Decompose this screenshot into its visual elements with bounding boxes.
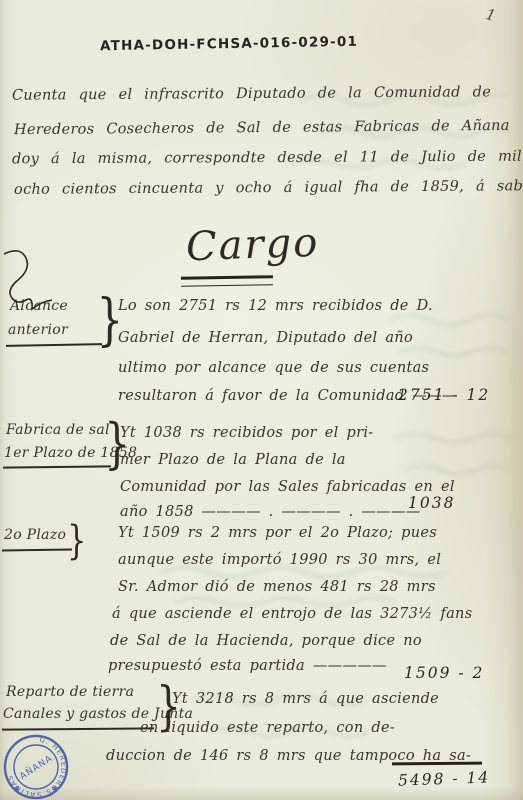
stamp-center-text: AÑANA — [18, 753, 55, 782]
entry-body-line: Lo son 2751 rs 12 mrs recibidos de D. — [118, 298, 433, 314]
entry-body-line: presupuestó esta partida ————— — [108, 658, 387, 674]
entry-label-underline — [6, 343, 102, 347]
entry-body-line: á que asciende el entrojo de las 3273½ f… — [112, 606, 472, 622]
entry-body-line: aunque este importó 1990 rs 30 mrs, el — [118, 552, 441, 568]
entry-label-underline — [2, 727, 154, 730]
entry-label-line: Alcance — [10, 298, 68, 314]
entry-body-line: ultimo por alcance que de sus cuentas — [118, 360, 429, 376]
entry-body-line: Comunidad por las Sales fabricadas en el — [120, 479, 455, 495]
entry-label-underline — [2, 549, 72, 552]
manuscript-page: 1 ATHA-DOH-FCHSA-016-029-01 Cuenta que e… — [0, 0, 523, 800]
entry-body-line: Yt 1038 rs recibidos por el pri- — [120, 425, 373, 441]
entry-body-line: Gabriel de Herran, Diputado del año — [118, 330, 413, 346]
archive-reference-code: ATHA-DOH-FCHSA-016-029-01 — [100, 34, 358, 55]
total-rule — [392, 762, 482, 765]
total-amount: 5498 - 14 — [398, 768, 491, 789]
intro-line: doy á la misma, correspondte desde el 11… — [12, 149, 522, 168]
entry-body-line: Sr. Admor dió de menos 481 rs 28 mrs — [118, 579, 436, 595]
entry-amount: 1509 - 2 — [404, 664, 484, 682]
entry-amount: 2751 - 12 — [398, 386, 490, 404]
entry-body-line: de Sal de la Hacienda, porque dice no — [110, 633, 422, 649]
entry-label-line: 2o Plazo — [4, 527, 66, 543]
entry-body-line: en liquido este reparto, con de- — [140, 720, 395, 736]
folio-number: 1 — [484, 5, 498, 25]
stamp-side-mark: ✱ — [14, 785, 20, 793]
heading-underline — [181, 275, 273, 287]
entry-body-line: Yt 3218 rs 8 mrs á que asciende — [172, 691, 439, 707]
entry-body-line: Yt 1509 rs 2 mrs por el 2o Plazo; pues — [118, 525, 437, 541]
entry-label-line: anterior — [8, 322, 68, 338]
entry-amount: 1038 — [408, 494, 455, 512]
intro-line: Herederos Cosecheros de Sal de estas Fab… — [14, 118, 510, 138]
entry-body-line: mer Plazo de la Plana de la — [120, 452, 346, 468]
entry-brace: } — [67, 521, 86, 561]
archive-stamp: G. HEREDEROS SALINAS AÑANA ✱ ✱ — [2, 733, 70, 800]
intro-line: Cuenta que el infrascrito Diputado de la… — [12, 84, 491, 103]
section-heading: Cargo — [185, 220, 320, 271]
intro-line: ocho cientos cincuenta y ocho á igual fh… — [14, 178, 523, 198]
entry-label-line: Fabrica de sal — [6, 422, 110, 438]
entry-label-underline — [3, 465, 111, 468]
stamp-side-mark: ✱ — [52, 785, 58, 793]
entry-label-line: Reparto de tierra — [6, 684, 134, 700]
entry-body-line: año 1858 ———— . ———— . ———— — [120, 504, 421, 520]
